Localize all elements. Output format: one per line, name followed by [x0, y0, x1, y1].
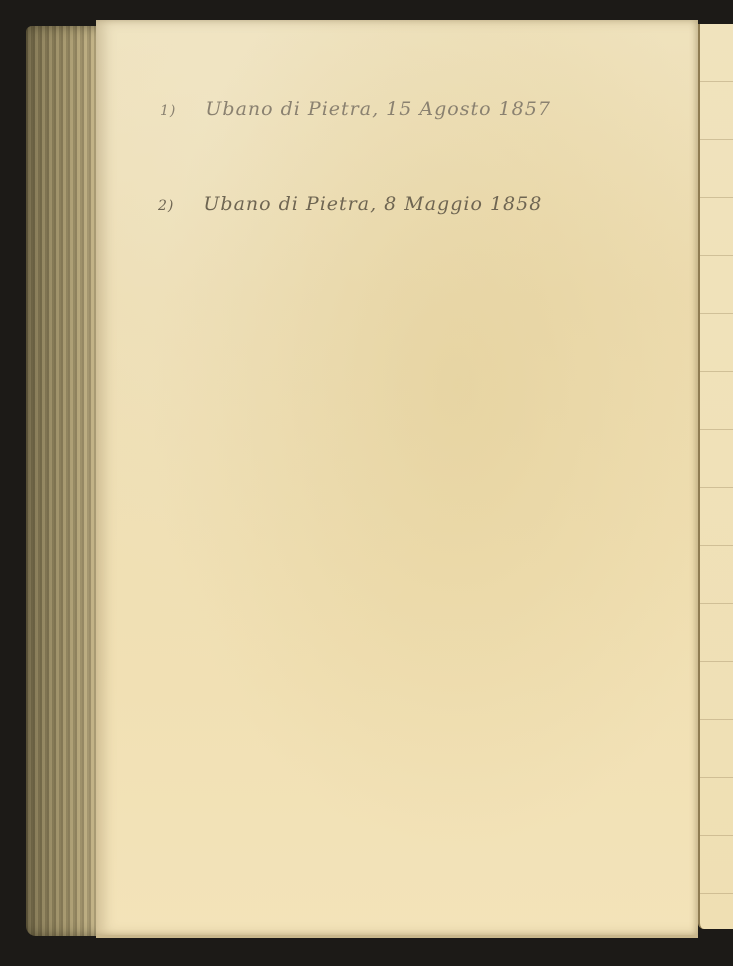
book-page-edges — [26, 26, 106, 936]
entry-text: Ubano di Pietra, 8 Maggio 1858 — [203, 193, 542, 215]
entry-1: 1) Ubano di Pietra, 15 Agosto 1857 — [160, 98, 551, 120]
entry-2: 2) Ubano di Pietra, 8 Maggio 1858 — [158, 193, 542, 215]
entry-text: Ubano di Pietra, 15 Agosto 1857 — [205, 98, 550, 120]
entry-number: 2) — [158, 198, 174, 214]
left-page — [96, 20, 698, 938]
manuscript-scan: 1) Ubano di Pietra, 15 Agosto 1857 2) Ub… — [0, 0, 733, 966]
right-page-ruled — [698, 24, 733, 929]
entry-number: 1) — [160, 103, 176, 119]
